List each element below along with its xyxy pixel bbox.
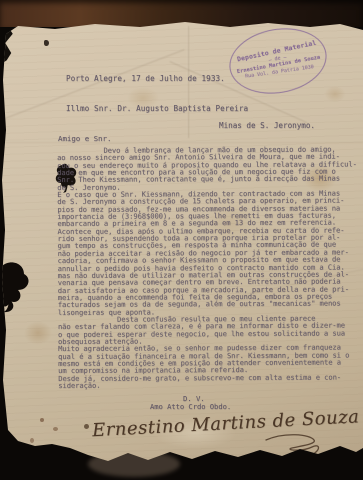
paper-speck xyxy=(40,418,44,422)
dateline: Porto Alegre, 17 de Julho de 1933. xyxy=(66,74,225,83)
recipient-place: Minas de S. Jeronymo. xyxy=(219,121,315,130)
paper-speck xyxy=(84,424,89,429)
paper-speck xyxy=(53,427,58,431)
paper-speck xyxy=(30,438,34,443)
letter-body: Devo á lembrança de lançar mão de um obs… xyxy=(57,145,362,389)
salutation: Amigo e Snr. xyxy=(58,134,111,143)
ink-blot-large xyxy=(0,260,33,320)
paper-speck xyxy=(44,40,49,46)
valediction-abbreviation: Amo Atto Crdo Obdo. xyxy=(150,402,231,411)
recipient-line: Illmo Snr. Dr. Augusto Baptista Pereira xyxy=(66,104,248,113)
letter-sheet: Deposito de Material — de — Ernestino Ma… xyxy=(0,0,363,480)
